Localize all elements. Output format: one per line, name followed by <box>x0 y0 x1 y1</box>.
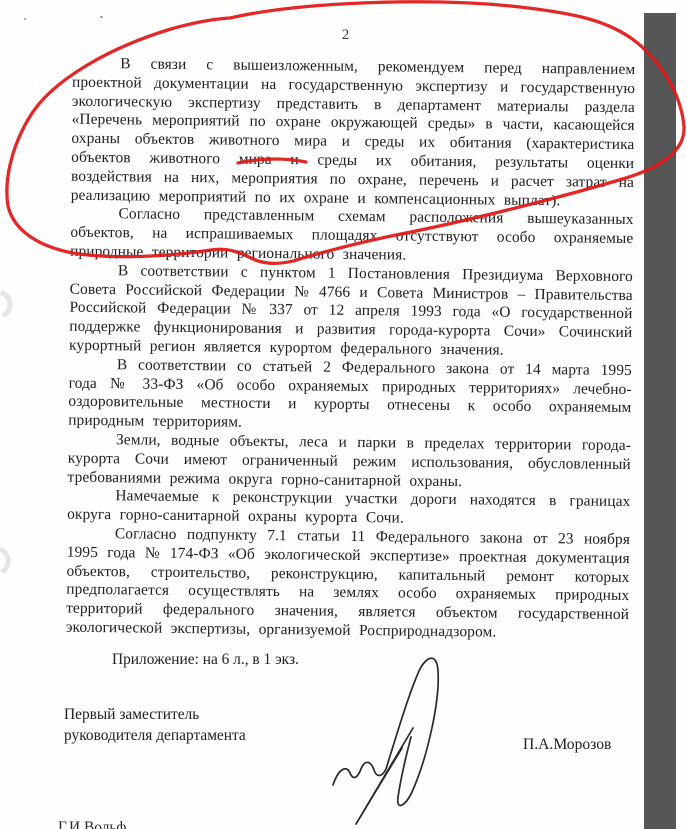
paragraph-sochi-lands: Земли, водные объекты, леса и парки в пр… <box>67 431 631 494</box>
letter-body: В связи с вышеизложенным, рекомендуем пе… <box>66 55 636 644</box>
paragraph-resolution-337: В соответствии с пунктом 1 Постановления… <box>69 261 633 361</box>
scan-speck <box>24 18 26 20</box>
paragraph-schemes: Согласно представленным схемам расположе… <box>70 205 634 268</box>
signer-name: П.А.Морозов <box>523 736 611 754</box>
signer-title: Первый заместитель руководителя департам… <box>64 704 246 746</box>
paragraph-recommendation: В связи с вышеизложенным, рекомендуем пе… <box>71 55 636 212</box>
scan-edge-strip <box>644 13 676 829</box>
paragraph-road-sections: Намечаемые к реконструкции участки дорог… <box>67 487 630 531</box>
scanned-document-page: 2 В связи с вышеизложенным, рекомендуем … <box>0 0 687 829</box>
paragraph-law-174fz: Согласно подпункту 7.1 статьи 11 Федерал… <box>66 525 630 644</box>
signature <box>333 658 438 824</box>
footer-contact-partial: Г.И.Вольф <box>58 819 126 829</box>
page-number: 2 <box>64 27 627 44</box>
scan-speck <box>100 16 103 18</box>
scan-artifact <box>1 292 10 316</box>
paragraph-law-33fz: В соответствии со статьей 2 Федерального… <box>68 355 632 437</box>
scan-artifact <box>0 549 8 572</box>
attachment-note: Приложение: на 6 л., в 1 экз. <box>112 651 299 669</box>
signer-title-line2: руководителя департамента <box>64 725 246 746</box>
signer-title-line1: Первый заместитель <box>64 704 246 725</box>
